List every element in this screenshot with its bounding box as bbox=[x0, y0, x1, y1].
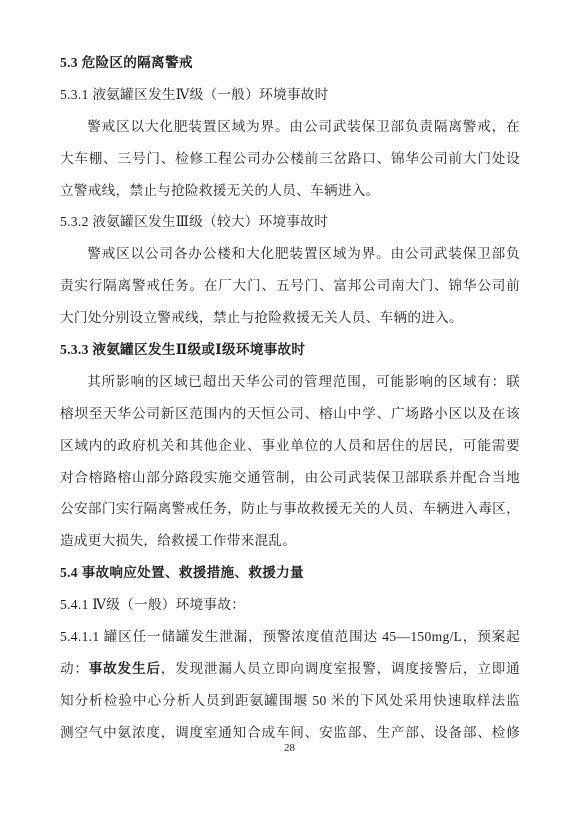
body-line: 大门处分别设立警戒线，禁止与抢险救援无关人员、车辆的进入。 bbox=[60, 302, 520, 334]
body-line: 对合榕路榕山部分路段实施交通管制，由公司武装保卫部联系并配合当地 bbox=[60, 462, 520, 494]
text-run: 立警戒线，禁止与抢险救援无关的人员、车辆进入。 bbox=[60, 183, 380, 198]
text-run: 责实行隔离警戒任务。在厂大门、五号门、富邦公司南大门、锦华公司前 bbox=[60, 278, 520, 293]
page-number: 28 bbox=[0, 740, 579, 756]
body-line: 造成更大损失，给救援工作带来混乱。 bbox=[60, 525, 520, 557]
body-line: 其所影响的区域已超出天华公司的管理范围，可能影响的区域有：联 bbox=[60, 366, 520, 398]
bold-text-run: 5.3 危险区的隔离警戒 bbox=[60, 55, 193, 70]
text-run: 榕坝至天华公司新区范围内的天恒公司、榕山中学、广场路小区以及在该 bbox=[60, 406, 520, 421]
body-line: 警戒区以公司各办公楼和大化肥装置区域为界。由公司武装保卫部负 bbox=[60, 238, 520, 270]
bold-text-run: 5.4 事故响应处置、救援措施、救援力量 bbox=[60, 565, 304, 580]
text-run: 其所影响的区域已超出天华公司的管理范围，可能影响的区域有：联 bbox=[87, 374, 520, 389]
section-heading-5-4: 5.4 事故响应处置、救援措施、救援力量 bbox=[60, 557, 520, 589]
text-run: 造成更大损失，给救援工作带来混乱。 bbox=[60, 533, 296, 548]
bold-text-run: 5.3.3 液氨罐区发生Ⅱ级或Ⅰ级环境事故时 bbox=[60, 342, 305, 357]
body-line: 动：事故发生后，发现泄漏人员立即向调度室报警，调度接警后，立即通 bbox=[60, 653, 520, 685]
text-run: ，发现泄漏人员立即向调度室报警，调度接警后，立即通 bbox=[161, 661, 520, 676]
body-line: 知分析检验中心分析人员到距氨罐围堰 50 米的下风处采用快速取样法监 bbox=[60, 685, 520, 717]
document-page: 5.3 危险区的隔离警戒5.3.1 液氨罐区发生Ⅳ级（一般）环境事故时警戒区以大… bbox=[0, 0, 579, 820]
body-line: 区域内的政府机关和其他企业、事业单位的人员和居住的居民，可能需要 bbox=[60, 430, 520, 462]
section-heading-5-3: 5.3 危险区的隔离警戒 bbox=[60, 47, 520, 79]
text-run: 知分析检验中心分析人员到距氨罐围堰 50 米的下风处采用快速取样法监 bbox=[60, 693, 520, 708]
text-run: 公安部门实行隔离警戒任务，防止与事故救援无关的人员、车辆进入毒区， bbox=[60, 501, 520, 516]
subsection-heading-5-3-1: 5.3.1 液氨罐区发生Ⅳ级（一般）环境事故时 bbox=[60, 79, 520, 111]
bold-text-run: 事故发生后 bbox=[89, 661, 161, 676]
body-line: 5.4.1.1 罐区任一储罐发生泄漏，预警浓度值范围达 45—150mg/L，预… bbox=[60, 621, 520, 653]
subsection-heading-5-3-2: 5.3.2 液氨罐区发生Ⅲ级（较大）环境事故时 bbox=[60, 206, 520, 238]
body-line: 责实行隔离警戒任务。在厂大门、五号门、富邦公司南大门、锦华公司前 bbox=[60, 270, 520, 302]
body-line: 警戒区以大化肥装置区域为界。由公司武装保卫部负责隔离警戒，在 bbox=[60, 111, 520, 143]
text-run: 5.4.1 Ⅳ级（一般）环境事故： bbox=[60, 597, 245, 612]
text-run: 大车棚、三号门、检修工程公司办公楼前三岔路口、锦华公司前大门处设 bbox=[60, 151, 520, 166]
text-run: 警戒区以公司各办公楼和大化肥装置区域为界。由公司武装保卫部负 bbox=[87, 246, 520, 261]
body-line: 立警戒线，禁止与抢险救援无关的人员、车辆进入。 bbox=[60, 175, 520, 207]
text-run: 5.3.2 液氨罐区发生Ⅲ级（较大）环境事故时 bbox=[60, 214, 328, 229]
subsection-heading-5-4-1: 5.4.1 Ⅳ级（一般）环境事故： bbox=[60, 589, 520, 621]
text-run: 对合榕路榕山部分路段实施交通管制，由公司武装保卫部联系并配合当地 bbox=[60, 470, 520, 485]
text-run: 警戒区以大化肥装置区域为界。由公司武装保卫部负责隔离警戒，在 bbox=[87, 119, 520, 134]
text-run: 5.4.1.1 罐区任一储罐发生泄漏，预警浓度值范围达 45—150mg/L，预… bbox=[60, 629, 520, 644]
body-line: 公安部门实行隔离警戒任务，防止与事故救援无关的人员、车辆进入毒区， bbox=[60, 493, 520, 525]
body-line: 大车棚、三号门、检修工程公司办公楼前三岔路口、锦华公司前大门处设 bbox=[60, 143, 520, 175]
text-run: 大门处分别设立警戒线，禁止与抢险救援无关人员、车辆的进入。 bbox=[60, 310, 463, 325]
document-content: 5.3 危险区的隔离警戒5.3.1 液氨罐区发生Ⅳ级（一般）环境事故时警戒区以大… bbox=[60, 47, 520, 749]
subsection-heading-5-3-3: 5.3.3 液氨罐区发生Ⅱ级或Ⅰ级环境事故时 bbox=[60, 334, 520, 366]
body-line: 榕坝至天华公司新区范围内的天恒公司、榕山中学、广场路小区以及在该 bbox=[60, 398, 520, 430]
text-run: 区域内的政府机关和其他企业、事业单位的人员和居住的居民，可能需要 bbox=[60, 438, 520, 453]
text-run: 5.3.1 液氨罐区发生Ⅳ级（一般）环境事故时 bbox=[60, 87, 329, 102]
text-run: 测空气中氨浓度，调度室通知合成车间、安监部、生产部、设备部、检修 bbox=[60, 725, 520, 740]
text-run: 动： bbox=[60, 661, 89, 676]
